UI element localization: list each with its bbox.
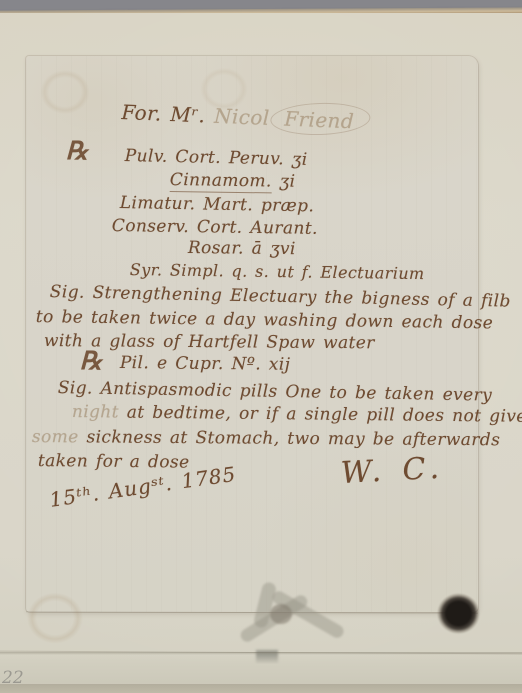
ingredient-qty: ʒi [272,171,296,191]
ingredient-line: Conserv. Cort. Aurant. [112,216,318,239]
ingredient-line: Limatur. Mart. præp. [120,193,315,216]
patient-surname: Friend [278,106,361,133]
rx-symbol: ℞ [65,136,88,165]
directions-line: some sickness at Stomach, two may be aft… [32,427,500,450]
lower-leaf-edge [0,684,522,693]
faded-word: night [72,402,127,423]
pencil-folio-number: 22 [2,668,24,688]
ingredient-name: Cinnamom. [170,170,272,193]
physician-initials-signature: W. C. [340,451,445,491]
ingredient-line: Pulv. Cort. Peruv. ʒi [125,146,308,170]
manuscript-photo: For. Mʳ. Nicol Friend ℞ Pulv. Cort. Peru… [0,0,522,693]
binding-string-tie [228,586,348,652]
header-prefix: For. Mʳ. [121,100,206,127]
ingredient-line: Pil. e Cupr. Nº. xij [120,353,291,375]
wafer-seal-mark [22,588,88,648]
directions-text: at bedtime, or if a single pill does not… [127,403,522,427]
rx-symbol: ℞ [79,346,102,375]
faded-word: some [32,427,87,447]
ingredient-line: Cinnamom. ʒi [170,170,296,192]
ink-blot [437,593,480,634]
directions-line: taken for a dose [38,451,190,473]
patient-first-name: Nicol [214,104,270,130]
string-knot [270,604,292,624]
ingredient-line: Rosar. ā ʒvi [188,238,296,259]
wafer-seal-mark [36,66,94,118]
directions-text: sickness at Stomach, two may be afterwar… [86,427,500,450]
